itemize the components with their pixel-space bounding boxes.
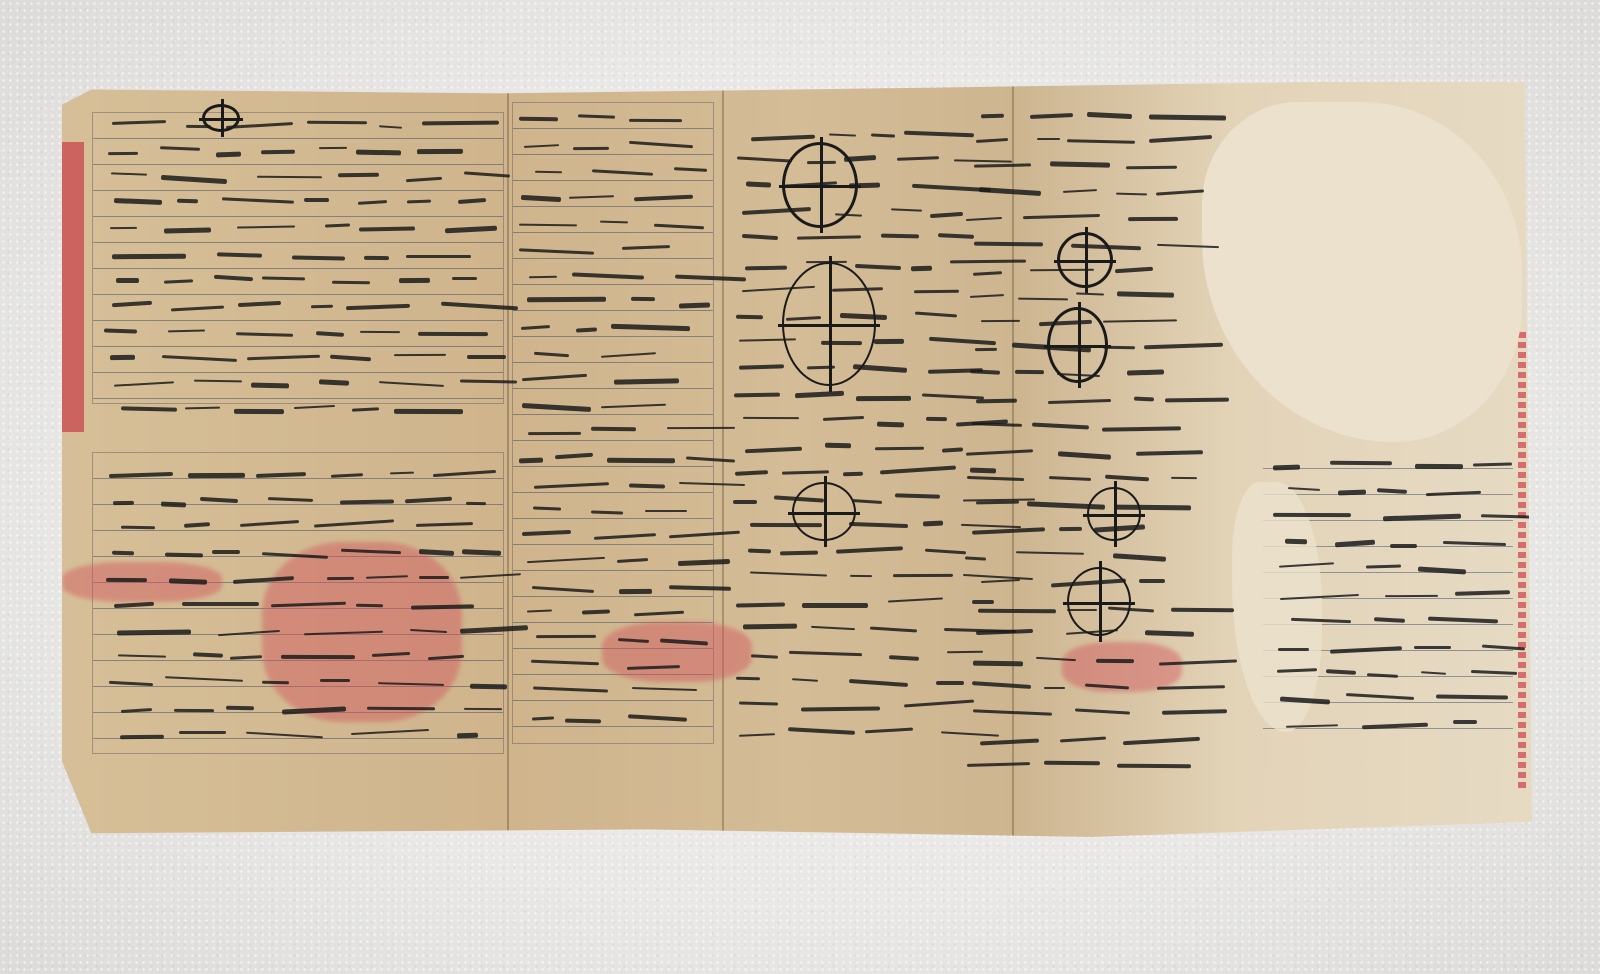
- ink-stroke: [1032, 422, 1089, 429]
- ink-stroke: [746, 182, 771, 188]
- ink-stroke: [619, 589, 652, 594]
- ink-stroke: [645, 510, 687, 512]
- ink-stroke: [417, 149, 463, 154]
- ink-stroke: [733, 500, 757, 504]
- ink-stroke: [1165, 397, 1229, 402]
- ink-stroke: [679, 302, 710, 308]
- ink-stroke: [750, 523, 822, 527]
- ink-stroke: [946, 650, 982, 653]
- ink-stroke: [364, 256, 389, 260]
- ink-stroke: [529, 275, 557, 278]
- ink-stroke: [113, 501, 134, 505]
- ink-stroke: [1116, 193, 1147, 196]
- ink-stroke: [852, 499, 882, 504]
- ink-stroke: [750, 572, 827, 578]
- ink-stroke: [1162, 709, 1227, 714]
- ink-stroke: [116, 278, 139, 283]
- ink-stroke: [1044, 761, 1100, 765]
- ink-stroke: [1385, 595, 1438, 597]
- ink-stroke: [825, 442, 852, 447]
- ink-stroke: [836, 546, 903, 554]
- ink-stroke: [829, 134, 856, 138]
- ink-stroke: [893, 573, 953, 576]
- ink-stroke: [978, 609, 1056, 613]
- ink-stroke: [875, 446, 924, 450]
- ink-stroke: [1126, 166, 1177, 170]
- ink-stroke: [972, 681, 1031, 689]
- ink-stroke: [1145, 630, 1194, 636]
- ink-stroke: [1102, 426, 1181, 432]
- ink-stroke: [367, 706, 435, 709]
- ink-stroke: [980, 739, 1039, 746]
- ink-stroke: [1023, 214, 1100, 219]
- ink-stroke: [216, 151, 241, 157]
- ink-stroke: [972, 600, 994, 604]
- ink-stroke: [470, 683, 507, 689]
- ink-stroke: [356, 604, 384, 607]
- ink-stroke: [891, 208, 922, 211]
- ink-stroke: [974, 164, 1031, 168]
- ink-stroke: [1076, 292, 1104, 295]
- ink-stroke: [938, 233, 974, 239]
- ink-stroke: [185, 406, 220, 409]
- ink-stroke: [792, 678, 818, 682]
- ink-stroke: [1171, 476, 1197, 479]
- ink-stroke: [954, 159, 1012, 163]
- ink-stroke: [904, 700, 974, 708]
- ink-stroke: [974, 242, 1043, 247]
- ink-stroke: [880, 466, 956, 475]
- ink-stroke: [1113, 553, 1166, 561]
- ink-stroke: [161, 501, 186, 507]
- ink-stroke: [1415, 464, 1463, 469]
- ink-stroke: [789, 651, 862, 657]
- ink-stroke: [629, 119, 682, 122]
- ink-stroke: [1075, 709, 1130, 715]
- ink-stroke: [877, 421, 905, 427]
- ink-stroke: [110, 355, 135, 360]
- ink-stroke: [1453, 720, 1477, 724]
- ink-stroke: [1338, 489, 1367, 495]
- ink-stroke: [736, 315, 763, 319]
- ink-stroke: [1030, 113, 1073, 119]
- ink-stroke: [975, 348, 997, 351]
- ink-stroke: [519, 116, 558, 120]
- ink-stroke: [1048, 399, 1111, 404]
- ink-stroke: [849, 183, 880, 189]
- ink-stroke: [748, 548, 771, 553]
- ink-stroke: [108, 152, 138, 155]
- page-fold: [507, 82, 509, 837]
- ink-stroke: [855, 264, 901, 271]
- ink-stroke: [743, 417, 799, 420]
- ink-stroke: [973, 271, 1002, 276]
- ink-stroke: [742, 234, 778, 240]
- ink-stroke: [735, 470, 768, 476]
- ink-stroke: [251, 382, 289, 388]
- ink-stroke: [1278, 648, 1309, 651]
- ink-stroke: [1063, 189, 1097, 193]
- ink-stroke: [942, 447, 963, 453]
- ink-stroke: [519, 457, 543, 463]
- ink-stroke: [176, 199, 198, 204]
- ink-stroke: [1273, 513, 1351, 517]
- ink-stroke: [970, 294, 1004, 298]
- ink-stroke: [736, 602, 785, 607]
- ink-stroke: [294, 405, 335, 409]
- ink-stroke: [895, 494, 940, 499]
- ink-stroke: [234, 409, 284, 414]
- ink-stroke: [1171, 608, 1234, 613]
- ink-stroke: [844, 155, 876, 162]
- ink-stroke: [607, 458, 675, 463]
- ink-stroke: [976, 138, 1008, 143]
- ink-stroke: [801, 706, 881, 711]
- ink-stroke: [1149, 115, 1226, 121]
- ink-stroke: [112, 254, 186, 259]
- ink-stroke: [631, 297, 655, 302]
- ink-stroke: [399, 278, 430, 283]
- ink-stroke: [966, 217, 1002, 222]
- ink-stroke: [967, 762, 1030, 767]
- ink-stroke: [1117, 764, 1191, 768]
- ink-stroke: [745, 265, 787, 270]
- ink-stroke: [573, 147, 609, 150]
- ink-stroke: [1050, 162, 1110, 168]
- ink-stroke: [320, 679, 350, 682]
- ink-stroke: [843, 471, 864, 476]
- ink-stroke: [1127, 370, 1164, 376]
- ink-stroke: [1096, 659, 1134, 664]
- ink-stroke: [739, 702, 778, 706]
- ink-stroke: [881, 234, 919, 239]
- ink-stroke: [467, 355, 506, 359]
- ink-stroke: [926, 417, 948, 421]
- ink-stroke: [922, 393, 984, 399]
- ink-stroke: [976, 399, 1017, 404]
- ink-stroke: [972, 527, 1045, 534]
- ink-stroke: [261, 149, 295, 154]
- ink-stroke: [941, 731, 999, 737]
- ink-stroke: [1134, 397, 1154, 401]
- ink-stroke: [856, 396, 911, 401]
- ink-stroke: [788, 728, 855, 736]
- ink-stroke: [182, 602, 259, 606]
- ink-stroke: [745, 446, 802, 452]
- ink-stroke: [1157, 685, 1225, 690]
- ink-stroke: [212, 550, 240, 554]
- ink-stroke: [736, 677, 760, 681]
- ink-stroke: [457, 733, 479, 738]
- ink-stroke: [406, 255, 471, 258]
- ink-stroke: [419, 576, 449, 579]
- ink-stroke: [1114, 504, 1192, 509]
- circled-mark: [1057, 232, 1113, 288]
- circled-mark: [1087, 487, 1141, 541]
- ink-stroke: [340, 499, 394, 504]
- ink-stroke: [929, 337, 996, 345]
- ink-stroke: [970, 369, 1000, 375]
- ink-stroke: [811, 625, 855, 629]
- ink-stroke: [1087, 112, 1133, 119]
- ink-stroke: [915, 312, 957, 318]
- red-ink-smear: [602, 622, 752, 682]
- ink-stroke: [782, 470, 829, 475]
- ink-stroke: [304, 198, 329, 203]
- ink-stroke: [565, 719, 601, 724]
- ink-stroke: [1030, 269, 1094, 271]
- ink-stroke: [536, 635, 596, 638]
- ink-stroke: [950, 260, 1026, 264]
- red-margin-stamp: [1518, 332, 1526, 792]
- ink-stroke: [466, 502, 486, 505]
- ink-stroke: [1115, 266, 1153, 273]
- ink-stroke: [849, 522, 908, 528]
- ink-stroke: [1149, 135, 1212, 143]
- ink-stroke: [911, 266, 932, 271]
- ink-stroke: [1049, 476, 1091, 481]
- ink-stroke: [1156, 189, 1205, 195]
- ink-stroke: [980, 113, 1003, 118]
- ink-stroke: [257, 176, 322, 179]
- ink-stroke: [852, 364, 906, 373]
- ink-stroke: [795, 390, 844, 397]
- ink-stroke: [972, 422, 1023, 426]
- ink-stroke: [356, 150, 401, 156]
- ink-stroke: [1015, 370, 1044, 374]
- ink-stroke: [359, 226, 415, 231]
- ink-stroke: [1117, 292, 1174, 298]
- ink-stroke: [965, 556, 986, 560]
- ink-stroke: [1044, 687, 1065, 689]
- ink-stroke: [121, 406, 177, 412]
- torn-area: [1232, 482, 1322, 732]
- ink-stroke: [1139, 579, 1165, 583]
- ink-stroke: [179, 731, 226, 734]
- ink-stroke: [1122, 737, 1199, 746]
- ink-stroke: [1058, 451, 1111, 459]
- ink-stroke: [737, 156, 792, 162]
- red-ink-smear: [1062, 642, 1182, 692]
- ink-stroke: [967, 476, 1024, 482]
- ink-stroke: [976, 629, 1033, 635]
- ink-stroke: [751, 655, 779, 659]
- ink-stroke: [751, 134, 815, 141]
- ledger-sheet: [62, 82, 1532, 837]
- ink-stroke: [925, 549, 966, 555]
- ink-stroke: [963, 574, 1033, 580]
- ink-stroke: [888, 597, 943, 602]
- ink-stroke: [865, 728, 913, 734]
- ink-stroke: [739, 364, 784, 369]
- ink-stroke: [970, 468, 996, 474]
- ink-stroke: [327, 577, 354, 580]
- ink-stroke: [1103, 320, 1177, 323]
- ink-stroke: [897, 157, 939, 162]
- ink-stroke: [849, 679, 908, 687]
- ink-stroke: [352, 407, 379, 412]
- ink-stroke: [188, 472, 245, 477]
- torn-area: [1202, 102, 1522, 442]
- ink-stroke: [973, 660, 1023, 665]
- ink-stroke: [743, 624, 797, 630]
- ink-stroke: [802, 603, 868, 608]
- ink-stroke: [1016, 552, 1084, 556]
- ink-stroke: [978, 187, 1040, 196]
- ink-stroke: [527, 297, 606, 302]
- ink-stroke: [1067, 609, 1097, 611]
- ink-stroke: [734, 393, 780, 397]
- red-binding-strip: [62, 142, 84, 432]
- ink-stroke: [981, 319, 1020, 321]
- ink-stroke: [1059, 527, 1082, 531]
- ink-stroke: [806, 261, 847, 263]
- ink-stroke: [1144, 343, 1223, 350]
- ink-stroke: [797, 235, 861, 239]
- ink-stroke: [1414, 646, 1451, 649]
- ink-stroke: [889, 655, 919, 661]
- ink-stroke: [394, 409, 463, 414]
- ink-stroke: [1018, 297, 1068, 300]
- ink-stroke: [120, 735, 164, 739]
- ink-stroke: [871, 133, 895, 138]
- ink-stroke: [904, 131, 974, 137]
- ink-stroke: [850, 575, 872, 577]
- ink-stroke: [1104, 475, 1148, 482]
- ink-stroke: [452, 277, 477, 280]
- ink-stroke: [226, 706, 254, 711]
- ink-stroke: [870, 627, 917, 633]
- ink-stroke: [1128, 217, 1178, 221]
- ink-stroke: [104, 328, 137, 333]
- ink-stroke: [110, 227, 137, 229]
- ink-stroke: [914, 290, 959, 293]
- ink-stroke: [1067, 139, 1135, 143]
- ink-stroke: [1037, 138, 1060, 140]
- ink-stroke: [936, 681, 964, 685]
- ink-stroke: [1060, 736, 1106, 742]
- circled-mark: [792, 482, 856, 541]
- ink-stroke: [923, 521, 943, 527]
- ink-stroke: [739, 733, 775, 737]
- ink-stroke: [966, 449, 1033, 455]
- page-fold: [1012, 82, 1014, 837]
- ink-stroke: [780, 550, 818, 555]
- ink-stroke: [930, 212, 964, 218]
- circled-mark: [1067, 567, 1131, 636]
- ink-stroke: [823, 416, 864, 421]
- ink-stroke: [1390, 544, 1417, 548]
- ink-stroke: [1285, 538, 1307, 543]
- ink-stroke: [1136, 450, 1203, 455]
- scene-description: aged handwritten ledger sheet: [0, 0, 1, 1]
- ink-stroke: [874, 339, 904, 344]
